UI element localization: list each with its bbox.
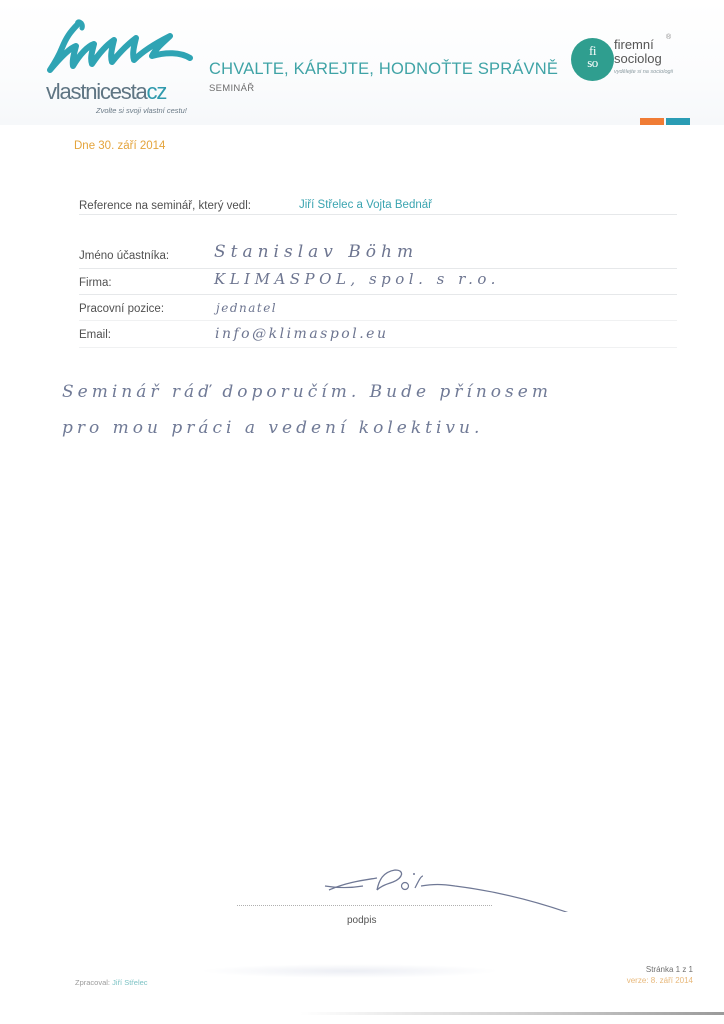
reference-divider [79, 214, 677, 215]
handwritten-email: info@klimaspol.eu [215, 326, 388, 342]
document-date: Dne 30. září 2014 [74, 140, 165, 152]
vlastnicesta-logo: vlastnicestacz Zvolte si svoji vlastní c… [40, 18, 210, 118]
field-company: Firma: KLIMASPOL, spol. s r.o. [79, 277, 679, 297]
logo-right-tagline: vydělejte si na sociologii [614, 69, 673, 75]
footer-shadow [200, 964, 500, 978]
logo-name: firemní sociolog [614, 38, 662, 66]
document-title: CHVALTE, KÁREJTE, HODNOŤTE SPRÁVNĚ [209, 60, 558, 79]
prepared-label: Zpracoval: [75, 978, 110, 987]
page-edge-shadow [300, 1012, 724, 1015]
field-position: Pracovní pozice: jednatel [79, 303, 679, 323]
field-email: Email: info@klimaspol.eu [79, 329, 679, 349]
handwritten-name: Stanislav Böhm [214, 242, 418, 262]
fiso-monogram-icon: fi so [571, 38, 614, 81]
page-number: Stránka 1 z 1 [627, 964, 693, 975]
reference-value: Jiří Střelec a Vojta Bednář [299, 199, 432, 211]
logo-tagline: Zvolte si svoji vlastní cestu! [96, 106, 187, 115]
reference-label: Reference na seminář, který vedl: [79, 200, 251, 212]
logo-wordmark: vlastnicestacz [46, 79, 166, 105]
handwritten-comment-line-1: Seminář ráď doporučím. Bude přínosem [62, 382, 552, 402]
registered-mark: ® [666, 34, 671, 41]
footer-page-info: Stránka 1 z 1 verze: 8. září 2014 [627, 964, 693, 986]
prepared-name: Jiří Střelec [112, 978, 147, 987]
document-title-block: CHVALTE, KÁREJTE, HODNOŤTE SPRÁVNĚ SEMIN… [209, 60, 558, 94]
version-date: verze: 8. září 2014 [627, 975, 693, 986]
handwritten-position: jednatel [216, 301, 277, 315]
field-label: Jméno účastníka: [79, 250, 169, 262]
document-subtitle: SEMINÁŘ [209, 83, 558, 94]
field-participant-name: Jméno účastníka: Stanislav Böhm [79, 250, 679, 270]
firemni-sociolog-logo: fi so firemní sociolog ® vydělejte si na… [571, 38, 721, 88]
field-label: Pracovní pozice: [79, 303, 164, 315]
field-label: Firma: [79, 277, 112, 289]
logo-scribble-icon [40, 18, 200, 80]
accent-bars [640, 112, 692, 130]
field-label: Email: [79, 329, 111, 341]
signature-label: podpis [347, 915, 376, 926]
signature-line [237, 905, 492, 906]
signature-area: podpis [237, 862, 577, 932]
footer-prepared-by: Zpracoval: Jiří Střelec [75, 978, 148, 987]
handwritten-company: KLIMASPOL, spol. s r.o. [214, 270, 500, 288]
accent-bar-teal [666, 118, 690, 125]
accent-bar-orange [640, 118, 664, 125]
handwritten-comment-line-2: pro mou práci a vedení kolektivu. [62, 418, 483, 438]
